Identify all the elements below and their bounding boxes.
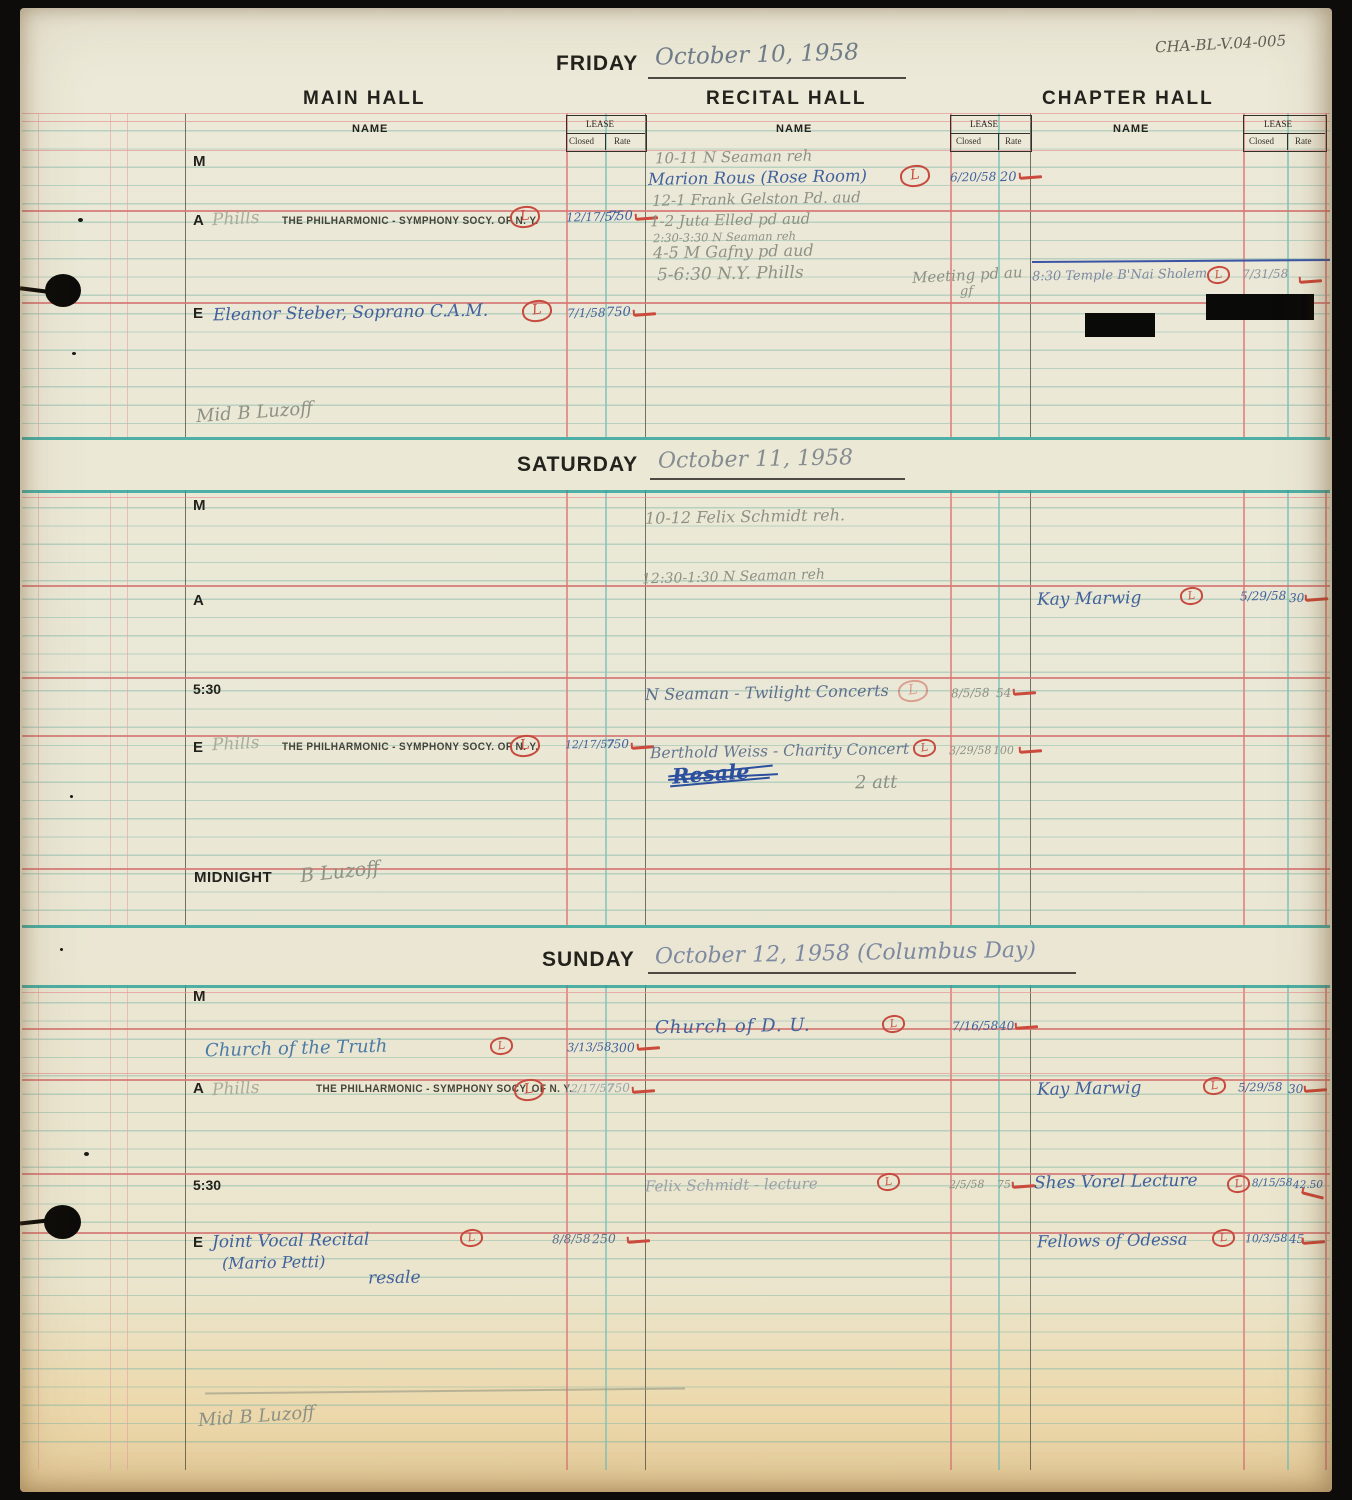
entry-gafny: 4-5 M Gafny pd aud <box>653 241 814 263</box>
entry-meeting-note-2: gf <box>960 284 973 299</box>
entry-resale-note: resale <box>368 1268 421 1289</box>
grid-vline <box>1325 985 1327 1470</box>
lease-header-recital: LEASE <box>970 119 998 129</box>
rate-value: 750 <box>608 209 633 224</box>
grid-vline <box>1287 985 1289 1470</box>
closed-date: 8/8/58 <box>552 1232 591 1247</box>
closed-date: 7/31/58 <box>1242 267 1289 282</box>
ruled-area-saturday <box>22 490 1330 925</box>
dirt-speck <box>78 218 83 222</box>
row-label-m: M <box>193 497 206 514</box>
row-label-e: E <box>193 739 203 756</box>
redaction-box <box>1085 313 1155 337</box>
entry-marion-rous: Marion Rous (Rose Room) <box>648 166 867 189</box>
entry-felix-reh: 10-12 Felix Schmidt reh. <box>645 505 845 527</box>
lease-header-divider <box>950 133 1030 134</box>
closed-date: 8/15/58 <box>1252 1177 1293 1190</box>
grid-vline <box>38 490 39 925</box>
row-label-e: E <box>193 305 203 322</box>
philharmonic-stamp: THE PHILHARMONIC - SYMPHONY SOCY. OF N. … <box>282 742 538 754</box>
rate-header-recital: Rate <box>1005 136 1022 146</box>
grid-vline <box>605 490 607 925</box>
grid-hline <box>22 113 1330 114</box>
grid-vline <box>110 113 111 437</box>
closed-date: 3/29/58 <box>949 744 992 758</box>
rate-header-main: Rate <box>614 136 631 146</box>
grid-vline <box>998 985 1000 1470</box>
rate-value: 750 <box>606 737 629 751</box>
hall-header-recital: RECITAL HALL <box>706 88 867 110</box>
grid-hline <box>22 992 1330 993</box>
entry-attendance: 2 att <box>855 772 898 794</box>
entry-fellows-odessa: Fellows of Odessa <box>1037 1230 1188 1252</box>
entry-seaman-reh: 10-11 N Seaman reh <box>655 147 813 168</box>
grid-vline <box>1030 985 1031 1470</box>
philharmonic-stamp: THE PHILHARMONIC - SYMPHONY SOCY. OF N. … <box>282 216 538 228</box>
lease-header-divider <box>1243 133 1325 134</box>
grid-vline <box>110 985 111 1470</box>
date-rule <box>648 77 906 79</box>
entry-phills: Phills <box>212 733 260 755</box>
entry-temple-bnai: 8:30 Temple B'Nai Sholem <box>1032 266 1207 284</box>
grid-vline <box>127 490 128 925</box>
entry-phills: Phills <box>212 1078 260 1100</box>
hole-punch <box>45 274 81 307</box>
grid-vline <box>38 113 39 437</box>
day-title-sunday: SUNDAY <box>542 948 635 972</box>
grid-vline <box>1325 490 1327 925</box>
entry-phills: Phills <box>212 208 260 230</box>
grid-vline <box>1287 490 1289 925</box>
closed-date: 10/3/58 <box>1245 1232 1288 1246</box>
entry-felix-lecture: Felix Schmidt - lecture <box>645 1174 818 1195</box>
grid-vline <box>950 985 952 1470</box>
dirt-speck <box>70 795 73 798</box>
grid-vline <box>1325 113 1327 437</box>
day-date-saturday: October 11, 1958 <box>658 445 853 473</box>
closed-date: 5/29/58 <box>1238 1080 1283 1095</box>
rate-value: 42.50 <box>1293 1179 1323 1192</box>
closed-date: 5/29/58 <box>1240 589 1287 604</box>
scanned-ledger-page: CHA-BL-V.04-005 FRIDAY October 10, 1958 … <box>0 0 1352 1500</box>
dirt-speck <box>84 1152 89 1156</box>
dirt-speck <box>60 948 63 951</box>
grid-vline <box>605 113 607 437</box>
rate-value: 750 <box>607 1081 630 1095</box>
dirt-speck <box>72 352 76 355</box>
entry-gelston: 12-1 Frank Gelston Pd. aud <box>652 188 861 210</box>
grid-hline <box>22 1073 1330 1074</box>
grid-vline <box>566 490 568 925</box>
closed-header-recital: Closed <box>956 136 981 146</box>
grid-vline <box>950 490 952 925</box>
grid-section-divider <box>22 925 1330 928</box>
rate-value: 100 <box>993 744 1014 757</box>
row-label-a: A <box>193 592 204 609</box>
rate-value: 750 <box>606 305 631 320</box>
closed-header-main: Closed <box>569 136 594 146</box>
grid-vline <box>185 113 186 437</box>
lease-header-divider <box>605 133 606 150</box>
hall-header-chapter: CHAPTER HALL <box>1042 88 1214 110</box>
row-label-530: 5:30 <box>193 681 221 697</box>
closed-header-chapter: Closed <box>1249 136 1274 146</box>
entry-vorel-lecture: Shes Vorel Lecture <box>1034 1171 1198 1194</box>
hole-punch <box>44 1205 81 1239</box>
closed-date: 8/5/58 <box>951 686 990 701</box>
grid-hline <box>22 121 1330 122</box>
day-date-friday: October 10, 1958 <box>655 39 860 70</box>
date-rule <box>648 972 1076 974</box>
rate-value: 300 <box>611 1040 635 1055</box>
grid-vline <box>1030 113 1031 437</box>
redaction-box <box>1206 294 1314 320</box>
date-rule <box>650 478 905 480</box>
grid-section-divider <box>22 490 1330 493</box>
grid-vline <box>185 985 186 1470</box>
grid-vline <box>1243 985 1245 1470</box>
row-label-a: A <box>193 212 204 229</box>
grid-vline <box>38 985 39 1470</box>
closed-date: 3/13/58 <box>567 1040 612 1055</box>
grid-vline <box>185 490 186 925</box>
row-label-m: M <box>193 988 206 1005</box>
grid-vline <box>127 113 128 437</box>
grid-row-divider <box>22 677 1330 679</box>
lease-header-divider <box>998 133 999 150</box>
name-header-chapter: NAME <box>1113 123 1149 135</box>
grid-vline <box>605 985 607 1470</box>
rate-value: 75 <box>997 1178 1011 1191</box>
entry-ny-phills-meeting: 5-6:30 N.Y. Phills <box>657 263 804 286</box>
closed-date: 2/5/58 <box>949 1178 985 1192</box>
entry-mario-petti: (Mario Petti) <box>222 1252 326 1273</box>
grid-vline <box>110 490 111 925</box>
entry-elled: 1-2 Juta Elled pd aud <box>650 210 811 231</box>
entry-church-du: Church of D. U. <box>655 1015 811 1039</box>
closed-date: 7/16/58 <box>952 1019 999 1034</box>
hall-header-main: MAIN HALL <box>303 88 425 110</box>
grid-vline <box>998 490 1000 925</box>
grid-row-divider <box>22 302 1330 304</box>
name-header-main: NAME <box>352 123 388 135</box>
day-title-saturday: SATURDAY <box>517 453 638 477</box>
day-title-friday: FRIDAY <box>556 52 638 76</box>
closed-date: 7/1/58 <box>567 306 606 321</box>
row-label-m: M <box>193 153 206 170</box>
grid-vline <box>1243 490 1245 925</box>
grid-vline <box>127 985 128 1470</box>
rate-value: 30 <box>1288 1082 1304 1096</box>
row-label-530: 5:30 <box>193 1177 221 1193</box>
grid-section-divider <box>22 437 1330 440</box>
lease-header-divider <box>1287 133 1288 150</box>
rate-value: 40 <box>999 1019 1015 1033</box>
entry-kay-marwig: Kay Marwig <box>1037 588 1142 610</box>
entry-kay-marwig: Kay Marwig <box>1037 1078 1142 1100</box>
rate-value: 30 <box>1289 591 1305 605</box>
grid-vline <box>645 985 646 1470</box>
grid-hline <box>22 497 1330 498</box>
name-header-recital: NAME <box>776 123 812 135</box>
grid-vline <box>1030 490 1031 925</box>
grid-vline <box>566 113 568 437</box>
grid-vline <box>566 985 568 1470</box>
rate-value: 250 <box>592 1231 616 1246</box>
rate-header-chapter: Rate <box>1295 136 1312 146</box>
grid-vline <box>645 490 646 925</box>
lease-header-main: LEASE <box>586 119 614 129</box>
rate-value: 20 <box>1000 170 1017 185</box>
row-label-midnight: MIDNIGHT <box>194 869 272 886</box>
rate-value: 54 <box>996 686 1012 700</box>
entry-joint-vocal-recital: Joint Vocal Recital <box>212 1230 370 1253</box>
row-label-e: E <box>193 1234 203 1251</box>
grid-section-divider <box>22 985 1330 988</box>
grid-vline <box>645 113 646 437</box>
row-label-a: A <box>193 1080 204 1097</box>
closed-date: 6/20/58 <box>950 170 997 185</box>
lease-header-chapter: LEASE <box>1264 119 1292 129</box>
